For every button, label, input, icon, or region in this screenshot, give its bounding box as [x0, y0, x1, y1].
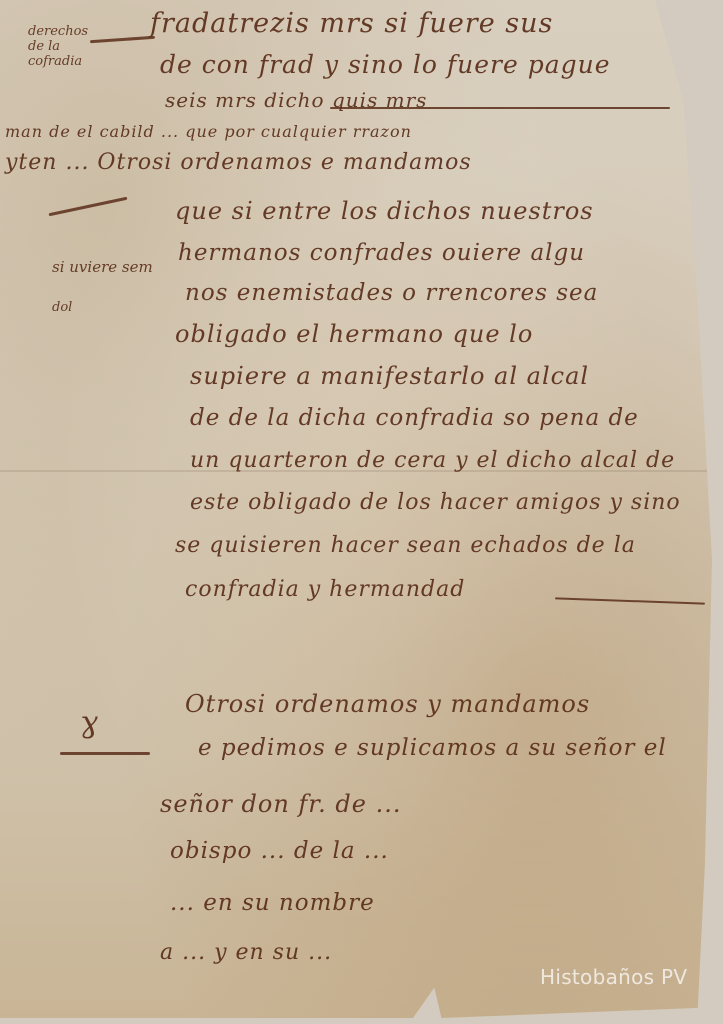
- text-line: ... en su nombre: [170, 890, 375, 916]
- text-line: Otrosi ordenamos y mandamos: [185, 690, 590, 718]
- paragraph-mark: ɣ: [80, 705, 99, 740]
- margin-note-derechos: derechos de la cofradia: [28, 24, 108, 69]
- text-line: e pedimos e suplicamos a su señor el: [198, 735, 667, 761]
- text-line: man de el cabild ... que por cualquier r…: [5, 122, 412, 141]
- ruled-stroke: [555, 597, 705, 604]
- margin-note-dol: dol: [52, 300, 72, 315]
- margin-note-siuviere: si uviere sem: [52, 260, 162, 275]
- text-line: hermanos confrades ouiere algu: [178, 240, 585, 266]
- text-line: a ... y en su ...: [160, 940, 332, 965]
- text-line: supiere a manifestarlo al alcal: [190, 362, 589, 390]
- text-line: obispo ... de la ...: [170, 838, 389, 864]
- text-line: confradia y hermandad: [185, 577, 465, 602]
- text-line: este obligado de los hacer amigos y sino: [190, 490, 681, 515]
- text-line: un quarteron de cera y el dicho alcal de: [190, 448, 675, 473]
- text-line: fradatrezis mrs si fuere sus: [150, 8, 553, 39]
- text-line: de con frad y sino lo fuere pague: [160, 50, 611, 79]
- text-line: señor don fr. de ...: [160, 790, 401, 818]
- margin-stroke: [60, 752, 150, 755]
- text-line: nos enemistades o rrencores sea: [185, 280, 598, 306]
- margin-stroke: [49, 197, 128, 217]
- text-line: que si entre los dichos nuestros: [175, 197, 594, 225]
- text-line: yten ... Otrosi ordenamos e mandamos: [5, 150, 472, 175]
- text-line: obligado el hermano que lo: [175, 320, 533, 348]
- text-line: se quisieren hacer sean echados de la: [175, 533, 636, 558]
- text-line: de de la dicha confradia so pena de: [190, 405, 639, 431]
- manuscript-page: derechos de la cofradia si uviere sem do…: [0, 0, 712, 1018]
- text-line: seis mrs dicho quis mrs: [165, 88, 427, 112]
- watermark: Histobaños PV: [540, 965, 687, 989]
